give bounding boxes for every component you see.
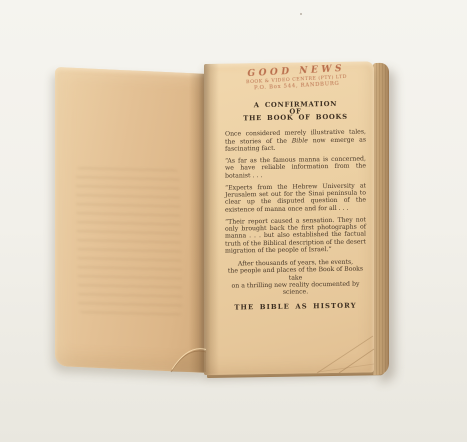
book-title-footer: THE BIBLE AS HISTORY (225, 302, 366, 312)
bookshop-stamp: GOOD NEWS BOOK & VIDEO CENTRE (PTY) LTD … (225, 64, 366, 93)
blurb-heading: A CONFIRMATION OF THE BOOK OF BOOKS (225, 100, 366, 122)
blurb-paragraph-4: “Their report caused a sensation. They n… (225, 216, 366, 255)
book-fore-edge-pages (373, 63, 389, 375)
heading-line-3: THE BOOK OF BOOKS (225, 114, 366, 123)
blurb-paragraph-2: “As far as the famous manna is concerned… (225, 155, 366, 179)
left-page-blank (55, 67, 206, 373)
dust-speck (300, 13, 302, 15)
right-page: GOOD NEWS BOOK & VIDEO CENTRE (PTY) LTD … (204, 61, 374, 375)
blurb-closing: After thousands of years, the events, th… (225, 258, 366, 297)
blurb-paragraph-3: “Experts from the Hebrew University at J… (225, 182, 366, 214)
book-photo: GOOD NEWS BOOK & VIDEO CENTRE (PTY) LTD … (0, 0, 467, 442)
blurb-paragraph-1: Once considered merely illustrative tale… (225, 129, 366, 153)
left-page-text-showthrough (75, 167, 182, 316)
closing-line-3: on a thrilling new reality documented by… (225, 280, 366, 297)
right-page-content: GOOD NEWS BOOK & VIDEO CENTRE (PTY) LTD … (204, 61, 374, 375)
italic-bible-word: Bible (292, 137, 308, 144)
